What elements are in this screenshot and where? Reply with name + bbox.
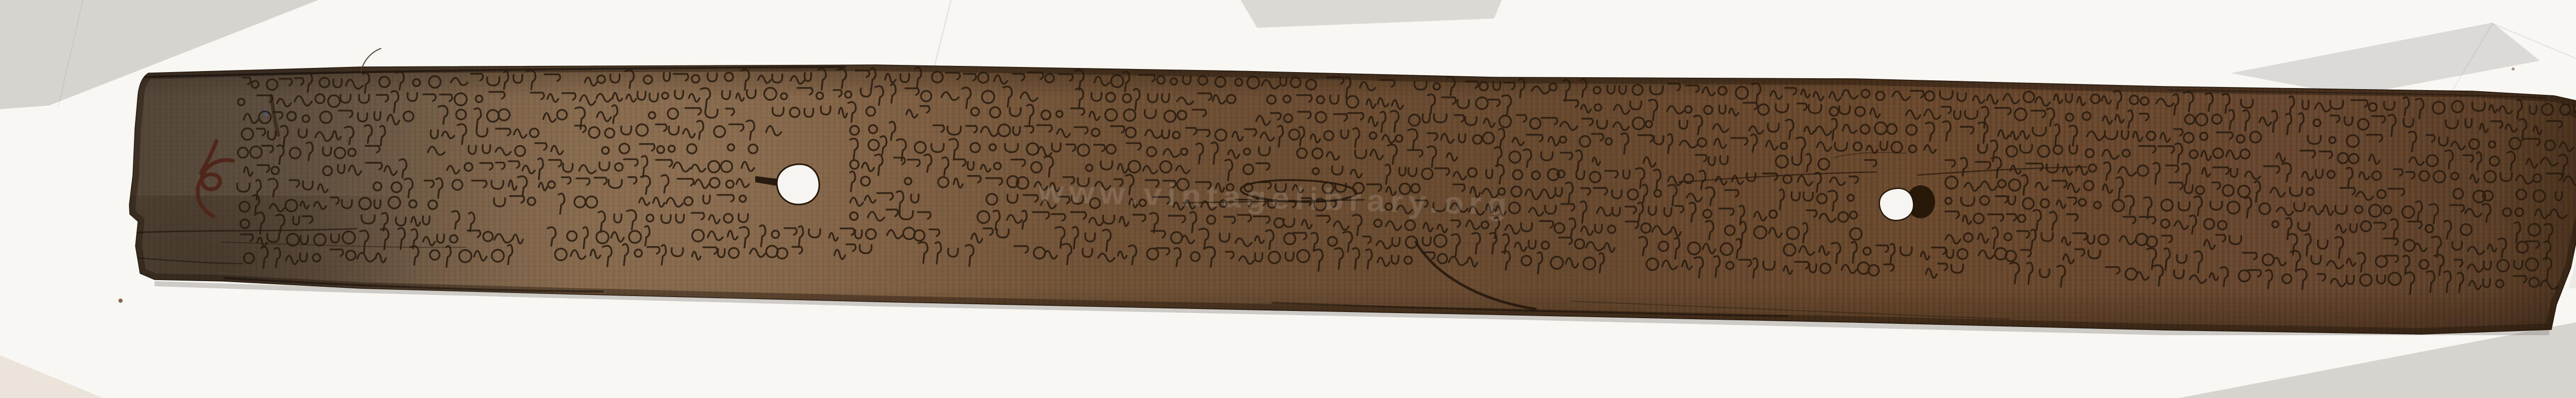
- binding-hole-right: [1879, 185, 1935, 220]
- dust-speck: [118, 299, 123, 303]
- manuscript-photo: www.vintagelibrary.org: [0, 0, 2576, 398]
- palm-leaf: www.vintagelibrary.org: [118, 57, 2576, 345]
- scan-background: www.vintagelibrary.org: [0, 0, 2576, 398]
- dust-speck: [2512, 67, 2515, 71]
